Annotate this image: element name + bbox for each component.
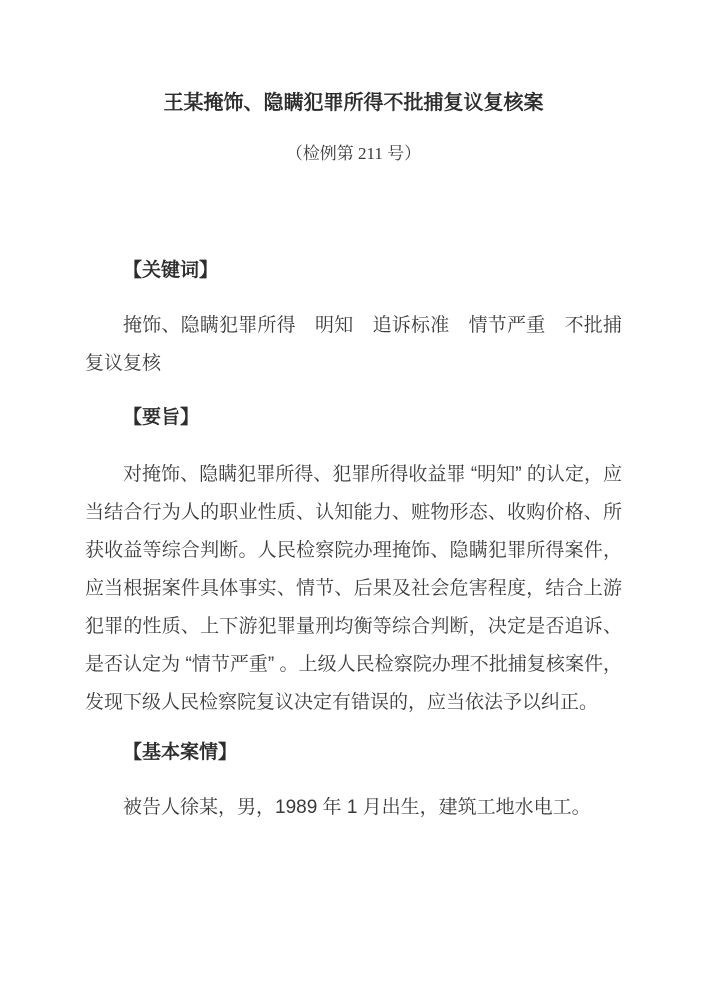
document-title: 王某掩饰、隐瞒犯罪所得不批捕复议复核案: [85, 88, 622, 118]
section-heading-keywords: 【关键词】: [85, 252, 622, 290]
document-page: 王某掩饰、隐瞒犯罪所得不批捕复议复核案 （检例第 211 号） 【关键词】 掩饰…: [0, 0, 707, 999]
section-keywords: 【关键词】 掩饰、隐瞒犯罪所得 明知 追诉标准 情节严重 不批捕复议复核: [85, 252, 622, 383]
section-heading-gist: 【要旨】: [85, 399, 622, 437]
gist-text: 对掩饰、隐瞒犯罪所得、犯罪所得收益罪 “明知” 的认定，应当结合行为人的职业性质…: [85, 456, 622, 722]
document-content: 王某掩饰、隐瞒犯罪所得不批捕复议复核案 （检例第 211 号） 【关键词】 掩饰…: [85, 88, 622, 827]
keywords-text: 掩饰、隐瞒犯罪所得 明知 追诉标准 情节严重 不批捕复议复核: [85, 307, 622, 383]
basic-facts-text: 被告人徐某，男，1989 年 1 月出生，建筑工地水电工。: [85, 789, 622, 827]
case-number: （检例第 211 号）: [85, 142, 622, 166]
section-heading-basic-facts: 【基本案情】: [85, 734, 622, 772]
section-gist: 【要旨】 对掩饰、隐瞒犯罪所得、犯罪所得收益罪 “明知” 的认定，应当结合行为人…: [85, 399, 622, 722]
section-basic-facts: 【基本案情】 被告人徐某，男，1989 年 1 月出生，建筑工地水电工。: [85, 734, 622, 827]
